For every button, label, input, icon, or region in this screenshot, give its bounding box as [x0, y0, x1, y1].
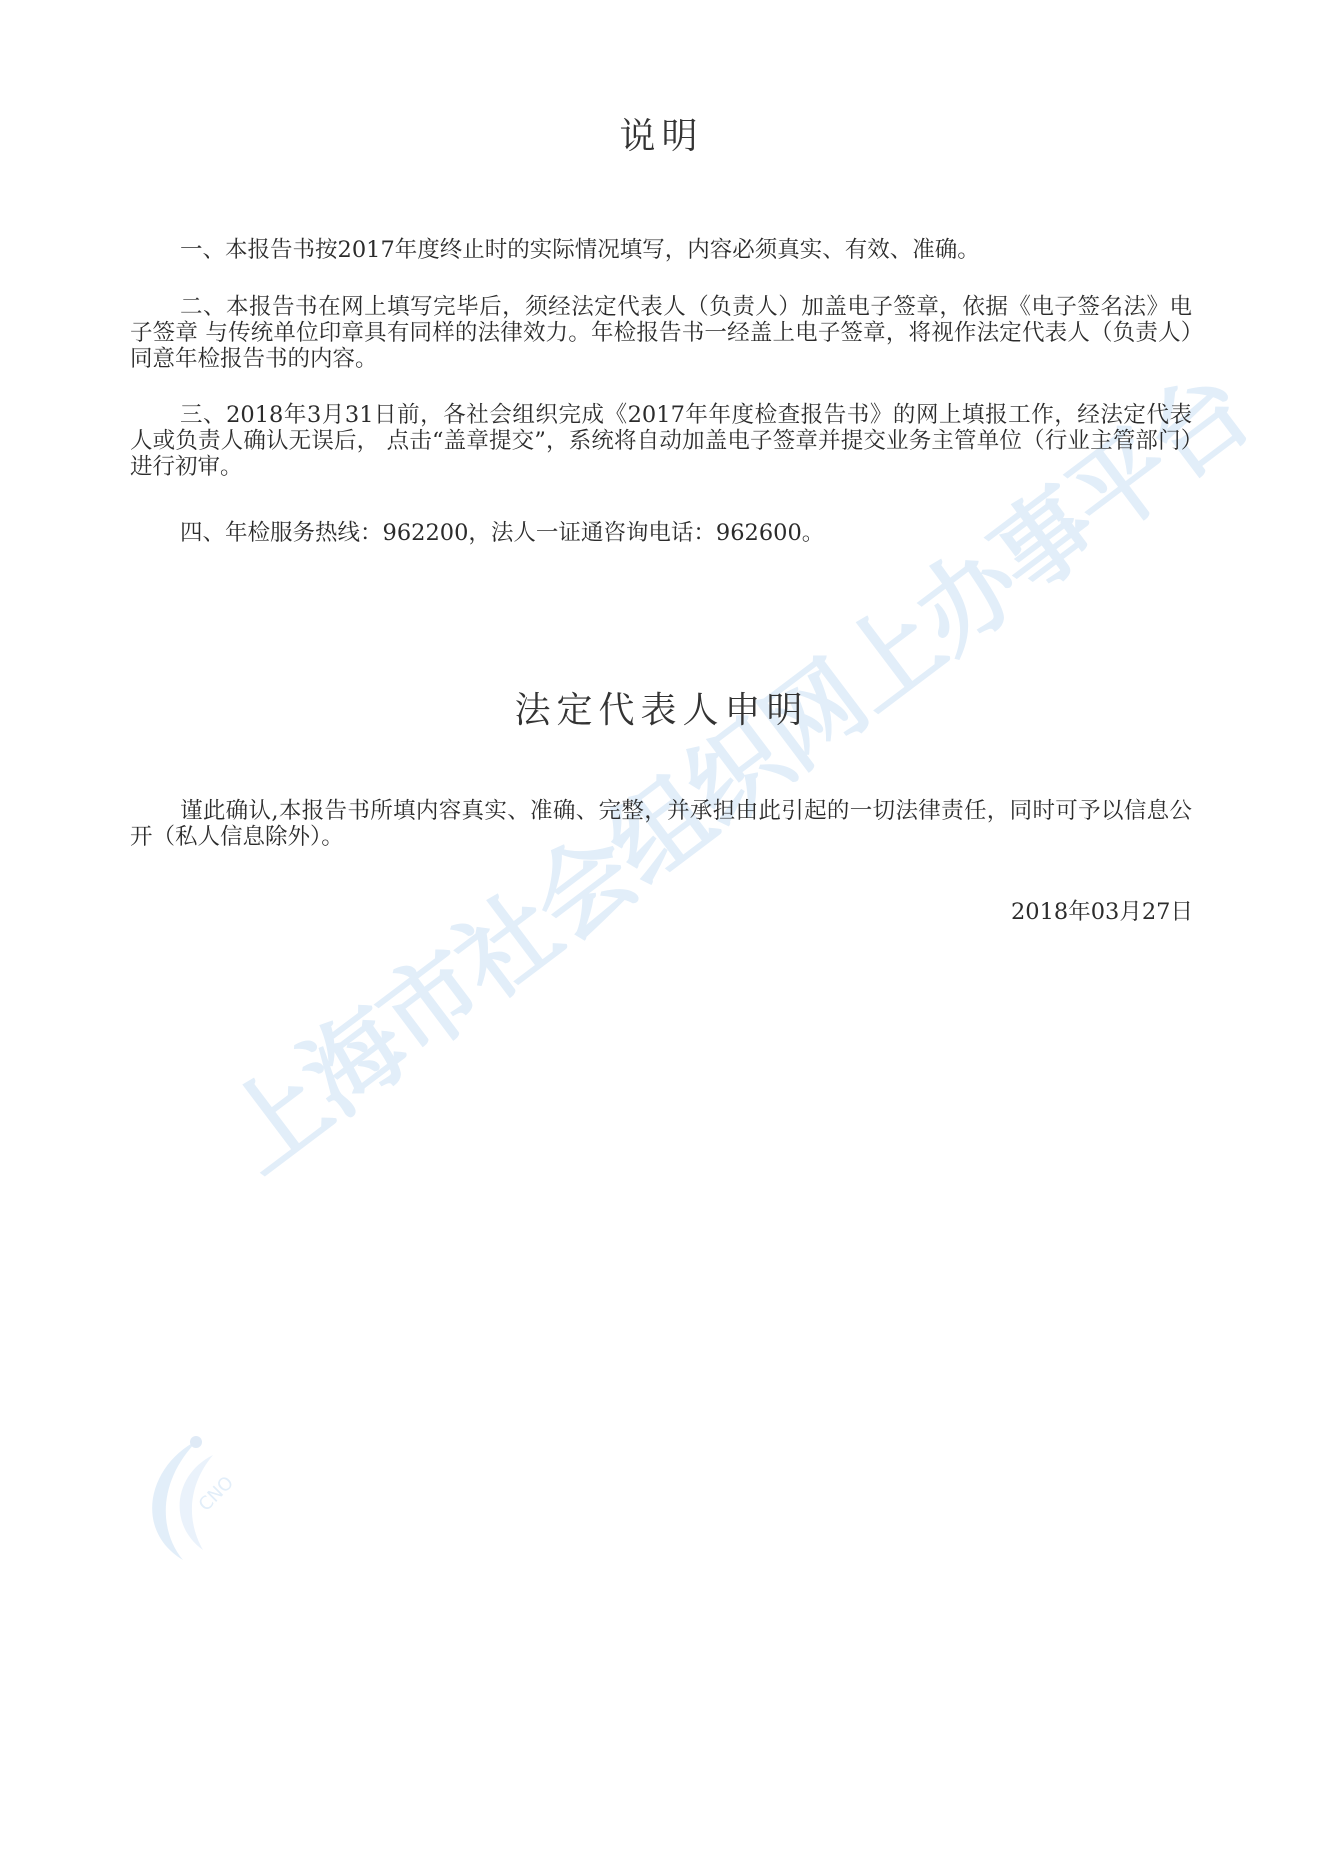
- document-page: 上海市社会组织网上办事平台 CNO 说明 一、本报告书按2017年度终止时的实际…: [0, 0, 1323, 1871]
- watermark-text: 上海市社会组织网上办事平台: [210, 359, 1266, 1188]
- instructions-title: 说明: [0, 108, 1323, 159]
- watermark-logo-label: CNO: [195, 1472, 238, 1515]
- instruction-paragraph-3: 三、2018年3月31日前，各社会组织完成《2017年年度检查报告书》的网上填报…: [130, 402, 1192, 480]
- instruction-paragraph-4: 四、年检服务热线：962200，法人一证通咨询电话：962600。: [130, 520, 1192, 546]
- legal-representative-declaration-title: 法定代表人申明: [0, 682, 1323, 733]
- watermark: 上海市社会组织网上办事平台 CNO: [0, 0, 1323, 1871]
- instruction-paragraph-2: 二、本报告书在网上填写完毕后，须经法定代表人（负责人）加盖电子签章，依据《电子签…: [130, 294, 1192, 372]
- instruction-paragraph-1: 一、本报告书按2017年度终止时的实际情况填写，内容必须真实、有效、准确。: [130, 237, 1192, 263]
- declaration-paragraph: 谨此确认,本报告书所填内容真实、准确、完整，并承担由此引起的一切法律责任，同时可…: [130, 798, 1192, 850]
- declaration-date: 2018年03月27日: [1011, 894, 1193, 926]
- watermark-logo-icon: CNO: [128, 1420, 278, 1570]
